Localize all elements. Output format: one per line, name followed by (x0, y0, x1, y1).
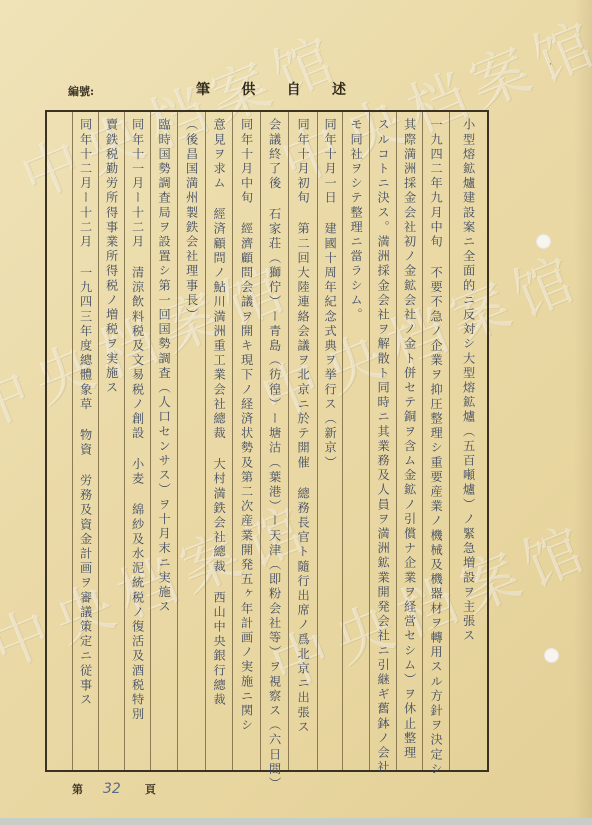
writing-column: 同年十二月ー十二月 一九四三年度總體象草 物資 労務及資金計画ヲ審議策定ニ従事ス (72, 112, 98, 770)
writing-column: 一九四二年九月中旬 不要不急ノ企業ヲ抑圧整理シ重要産業ノ機械及機器材ヲ轉用スル方… (422, 112, 449, 770)
title-char: 供 (241, 79, 255, 99)
writing-column: 小型熔鉱爐建設案ニ全面的ニ反対シ大型熔鉱爐（五百噸爐）ノ緊急増設ヲ主張ス (449, 112, 487, 770)
handwritten-line: モ同社ヲシテ整理ニ當ラシム。 (350, 118, 362, 322)
writing-column: 賣鉄税勤労所得事業所得税ノ増税ヲ実施ス (98, 112, 124, 770)
page-suffix: 頁 (145, 781, 156, 797)
handwritten-line: 意見ヲ求ム 經済顧問ノ鮎川満洲重工業会社總裁 大村満鉄会社總裁 西山中央銀行總裁 (213, 118, 225, 707)
handwritten-line: スルコトニ決ス。満洲採金会社ヲ解散ト同時ニ其業務及人員ヲ満洲鉱業開発会社ニ引継ギ… (377, 118, 389, 775)
title-char: 自 (287, 79, 301, 99)
punch-hole (544, 648, 559, 663)
writing-column: （後昌国満州製鉄会社理事長） (177, 112, 205, 770)
title-char: 述 (332, 79, 346, 99)
handwritten-line: 同年十月初旬 第二回大陸連絡会議ヲ北京ニ於テ開催 總務長官ト隨行出席ノ爲北京ニ出… (297, 118, 309, 735)
writing-column: スルコトニ決ス。満洲採金会社ヲ解散ト同時ニ其業務及人員ヲ満洲鉱業開発会社ニ引継ギ… (369, 112, 396, 770)
writing-column: 其際満洲採金会社初ノ金鉱会社ノ金ト併セテ銅ヲ含ム金鉱ノ引償ナ企業ヲ経営セシム）ヲ… (396, 112, 422, 770)
writing-column: 同年十月一日 建國十周年紀念式典ヲ挙行ス（新京） (317, 112, 342, 770)
writing-column: 会議終了後 石家荘（獅佇）ー青島（彷徨）ー塘沽（葉港）ー天津（即粉会社等）ヲ視察… (260, 112, 288, 770)
handwritten-line: 賣鉄税勤労所得事業所得税ノ増税ヲ実施ス (105, 118, 117, 395)
handwritten-line: 同年十二月ー十二月 一九四三年度總體象草 物資 労務及資金計画ヲ審議策定ニ従事ス (79, 118, 91, 707)
handwritten-line: 臨時国勢調査局ヲ設置シ第一回国勢調査（人口センサス）ヲ十月末ニ実施ス (158, 118, 170, 614)
handwritten-line: 同年十一月ー十二月 清涼飲料税及文易税ノ創設 小麦 綿紗及水泥統税ノ復活及酒税特… (131, 118, 143, 722)
writing-column: 意見ヲ求ム 經済顧問ノ鮎川満洲重工業会社總裁 大村満鉄会社總裁 西山中央銀行總裁 (205, 112, 232, 770)
page-footer: 第 32 頁 (72, 781, 156, 797)
corner-mark: · (549, 60, 552, 70)
punch-hole (536, 234, 551, 249)
handwritten-line: 一九四二年九月中旬 不要不急ノ企業ヲ抑圧整理シ重要産業ノ機械及機器材ヲ轉用スル方… (430, 118, 442, 777)
page-title: 筆 供 自 述 (196, 79, 346, 99)
page-number: 32 (103, 781, 121, 797)
handwritten-line: 同年十月一日 建國十周年紀念式典ヲ挙行ス（新京） (324, 118, 336, 470)
writing-column: モ同社ヲシテ整理ニ當ラシム。 (342, 112, 369, 770)
ruled-writing-grid: 同年十二月ー十二月 一九四三年度總體象草 物資 労務及資金計画ヲ審議策定ニ従事ス… (45, 110, 489, 772)
handwritten-line: 同年十月中旬 經濟顧問会議ヲ開キ現下ノ経済状勢及第二次産業開発五ヶ年計画ノ実施ニ… (240, 118, 252, 733)
writing-column (47, 112, 72, 770)
serial-number-label: 編號: (68, 83, 94, 99)
writing-column: 同年十月初旬 第二回大陸連絡会議ヲ北京ニ於テ開催 總務長官ト隨行出席ノ爲北京ニ出… (288, 112, 317, 770)
writing-column: 同年十月中旬 經濟顧問会議ヲ開キ現下ノ経済状勢及第二次産業開発五ヶ年計画ノ実施ニ… (232, 112, 260, 770)
title-char: 筆 (196, 79, 210, 99)
document-page: 中央档案馆 中央档案馆 中央档案馆 中央档案馆 中央档案馆 中央档案馆 · 編號… (0, 0, 592, 818)
page-prefix: 第 (72, 781, 83, 797)
page-edge-shadow (574, 0, 592, 818)
handwritten-line: 会議終了後 石家荘（獅佇）ー青島（彷徨）ー塘沽（葉港）ー天津（即粉会社等）ヲ視察… (268, 118, 280, 791)
handwritten-line: （後昌国満州製鉄会社理事長） (185, 118, 197, 322)
handwritten-line: 小型熔鉱爐建設案ニ全面的ニ反対シ大型熔鉱爐（五百噸爐）ノ緊急増設ヲ主張ス (462, 118, 474, 644)
writing-column: 臨時国勢調査局ヲ設置シ第一回国勢調査（人口センサス）ヲ十月末ニ実施ス (150, 112, 177, 770)
handwritten-line: 其際満洲採金会社初ノ金鉱会社ノ金ト併セテ銅ヲ含ム金鉱ノ引償ナ企業ヲ経営セシム）ヲ… (403, 118, 415, 760)
writing-column: 同年十一月ー十二月 清涼飲料税及文易税ノ創設 小麦 綿紗及水泥統税ノ復活及酒税特… (124, 112, 150, 770)
